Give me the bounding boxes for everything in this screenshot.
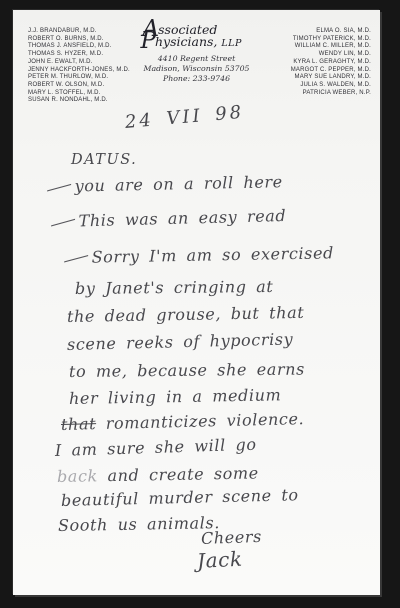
letter-line: that romanticizes violence. <box>61 409 305 434</box>
scan-background: J.J. BRANDABUR, M.D.ROBERT O. BURNS, M.D… <box>0 0 400 608</box>
letter-line: the dead grouse, but that <box>67 303 305 326</box>
address-city: Madison, Wisconsin 53705 <box>117 64 277 74</box>
practice-logo: Associated Physicians, LLP 4410 Regent S… <box>117 23 277 84</box>
practice-name-part: hysicians, <box>155 34 221 49</box>
letter-line: back and create some <box>57 463 259 486</box>
practice-suffix: LLP <box>221 38 242 49</box>
doctor-name: JOHN E. EWALT, M.D. <box>28 59 130 67</box>
line-text: the dead grouse, but that <box>67 303 305 326</box>
doctor-name: MARGOT C. PEPPER, M.D. <box>291 67 371 75</box>
closing: Cheers <box>201 527 263 548</box>
letter-line: beautiful murder scene to <box>61 485 299 510</box>
line-text: romanticizes violence. <box>96 409 305 433</box>
doctor-name: ELMA O. SIA, M.D. <box>291 28 371 36</box>
letter-line: scene reeks of hypocrisy <box>67 329 294 354</box>
line-text: Sorry I'm am so exercised <box>91 243 334 266</box>
doctor-name: WENDY LIN, M.D. <box>291 51 371 59</box>
signature: Jack <box>196 547 243 573</box>
doctor-name: THOMAS J. ANSFIELD, M.D. <box>28 43 130 51</box>
letter-line: by Janet's cringing at <box>75 277 274 298</box>
doctor-name: ROBERT O. BURNS, M.D. <box>28 36 130 44</box>
phone-number: Phone: 233-9746 <box>117 74 277 84</box>
line-text: scene reeks of hypocrisy <box>67 329 294 354</box>
letter-line: —you are on a roll here <box>51 172 283 196</box>
line-text: and create some <box>98 463 259 485</box>
doctor-name: THOMAS S. HYZER, M.D. <box>28 51 130 59</box>
doctor-name: SUSAN R. NONDAHL, M.D. <box>28 97 130 105</box>
letter-line: her living in a medium <box>69 385 282 408</box>
doctor-name: MARY SUE LANDRY, M.D. <box>291 74 371 82</box>
letter-line: Sooth us animals. <box>58 513 220 535</box>
line-text: you are on a roll here <box>74 172 283 195</box>
doctor-name: JENNY HACKFORTH-JONES, M.D. <box>28 67 130 75</box>
letter-line: —This was an easy read <box>55 206 287 231</box>
line-text: to me, because she earns <box>69 360 305 381</box>
line-text: This was an easy read <box>78 206 286 230</box>
letter-line: —Sorry I'm am so exercised <box>68 243 334 267</box>
doctor-name: JULIA S. WALDEN, M.D. <box>291 82 371 90</box>
practice-name-line2: Physicians, LLP <box>141 35 277 50</box>
line-text: by Janet's cringing at <box>75 277 274 298</box>
line-text: beautiful murder scene to <box>61 485 299 510</box>
greeting: DATUS. <box>71 152 137 168</box>
doctor-name: PETER M. THURLOW, M.D. <box>28 74 130 82</box>
letter-line: to me, because she earns <box>69 360 305 381</box>
doctor-name: J.J. BRANDABUR, M.D. <box>28 28 130 36</box>
doctor-name: WILLIAM C. MILLER, M.D. <box>291 43 371 51</box>
faint-word: back <box>57 466 98 486</box>
dash-stroke: — <box>43 173 75 199</box>
doctor-list-right: ELMA O. SIA, M.D.TIMOTHY PATERICK, M.D.W… <box>291 28 371 97</box>
line-text: Sooth us animals. <box>58 513 220 535</box>
line-text: I am sure she will go <box>55 435 257 460</box>
dash-stroke: — <box>60 245 92 271</box>
struck-word: that <box>61 414 97 434</box>
doctor-name: KYRA L. GERAGHTY, M.D. <box>291 59 371 67</box>
doctor-name: TIMOTHY PATERICK, M.D. <box>291 36 371 44</box>
dash-stroke: — <box>47 208 79 234</box>
doctor-name: PATRICIA WEBER, N.P. <box>291 90 371 98</box>
letter-paper: J.J. BRANDABUR, M.D.ROBERT O. BURNS, M.D… <box>13 10 380 595</box>
handwritten-date: 24 VII 98 <box>124 102 245 133</box>
doctor-list-left: J.J. BRANDABUR, M.D.ROBERT O. BURNS, M.D… <box>28 28 130 105</box>
doctor-name: MARY L. STOFFEL, M.D. <box>28 90 130 98</box>
doctor-name: ROBERT W. OLSON, M.D. <box>28 82 130 90</box>
address-street: 4410 Regent Street <box>117 54 277 64</box>
line-text: her living in a medium <box>69 385 282 408</box>
letter-line: I am sure she will go <box>55 435 257 460</box>
